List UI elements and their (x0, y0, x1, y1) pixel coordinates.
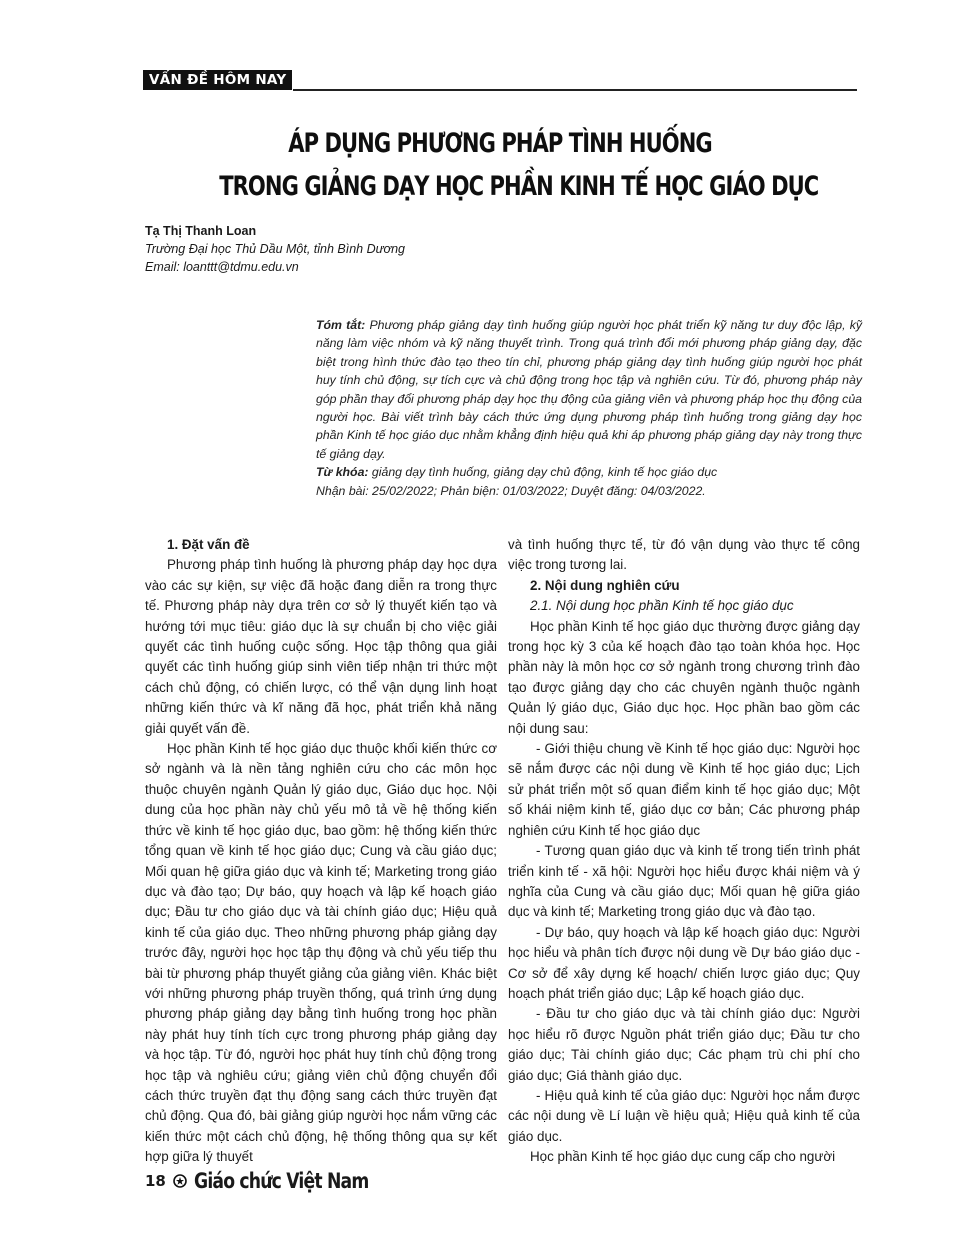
title-line-2: TRONG GIẢNG DẠY HỌC PHẦN KINH TẾ HỌC GIÁ… (219, 165, 781, 208)
page-footer: 18 Giáo chức Việt Nam (145, 1168, 407, 1194)
abstract-text: Phương pháp giảng dạy tình huống giúp ng… (316, 318, 862, 461)
abstract-label: Tóm tắt: (316, 318, 365, 332)
paragraph: Học phần Kinh tế học giáo dục thuộc khối… (145, 739, 497, 1168)
paragraph: Học phần Kinh tế học giáo dục cung cấp c… (508, 1147, 860, 1167)
heading-1: 1. Đặt vấn đề (145, 535, 497, 555)
title-line-1: ÁP DỤNG PHƯƠNG PHÁP TÌNH HUỐNG (219, 122, 781, 165)
author-block: Tạ Thị Thanh Loan Trường Đại học Thủ Dầu… (145, 222, 405, 276)
body-column-left: 1. Đặt vấn đề Phương pháp tình huống là … (145, 535, 497, 1168)
article-title: ÁP DỤNG PHƯƠNG PHÁP TÌNH HUỐNG TRONG GIẢ… (219, 122, 781, 208)
abstract: Tóm tắt: Phương pháp giảng dạy tình huốn… (316, 316, 862, 500)
abstract-paragraph: Tóm tắt: Phương pháp giảng dạy tình huốn… (316, 316, 862, 463)
keywords-text: giảng dạy tình huống, giảng dạy chủ động… (369, 465, 718, 479)
subheading-2-1: 2.1. Nội dung học phần Kinh tế học giáo … (508, 596, 860, 616)
page-number: 18 (145, 1172, 166, 1190)
list-item: - Tương quan giáo dục và kinh tế trong t… (508, 841, 860, 923)
heading-2: 2. Nội dung nghiên cứu (508, 576, 860, 596)
section-header: VẤN ĐỀ HÔM NAY (143, 70, 857, 92)
list-item: - Giới thiệu chung về Kinh tế học giáo d… (508, 739, 860, 841)
author-name: Tạ Thị Thanh Loan (145, 222, 405, 240)
keywords: Từ khóa: giảng dạy tình huống, giảng dạy… (316, 463, 862, 481)
journal-name: Giáo chức Việt Nam (194, 1169, 368, 1193)
article-dates: Nhận bài: 25/02/2022; Phản biện: 01/03/2… (316, 482, 862, 500)
header-rule (293, 89, 857, 91)
paragraph: Phương pháp tình huống là phương pháp dạ… (145, 555, 497, 739)
keywords-label: Từ khóa: (316, 465, 369, 479)
star-icon (173, 1174, 187, 1188)
paragraph-continued: và tình huống thực tế, từ đó vận dụng và… (508, 535, 860, 576)
list-item: - Dự báo, quy hoạch và lập kế hoạch giáo… (508, 923, 860, 1005)
section-label: VẤN ĐỀ HÔM NAY (143, 70, 292, 90)
list-item: - Hiệu quả kinh tế của giáo dục: Người h… (508, 1086, 860, 1147)
author-affiliation: Trường Đại học Thủ Dầu Một, tỉnh Bình Dư… (145, 240, 405, 258)
list-item: - Đầu tư cho giáo dục và tài chính giáo … (508, 1004, 860, 1086)
body-column-right: và tình huống thực tế, từ đó vận dụng và… (508, 535, 860, 1168)
author-email: Email: loanttt@tdmu.edu.vn (145, 258, 405, 276)
paragraph: Học phần Kinh tế học giáo dục thường đượ… (508, 617, 860, 739)
